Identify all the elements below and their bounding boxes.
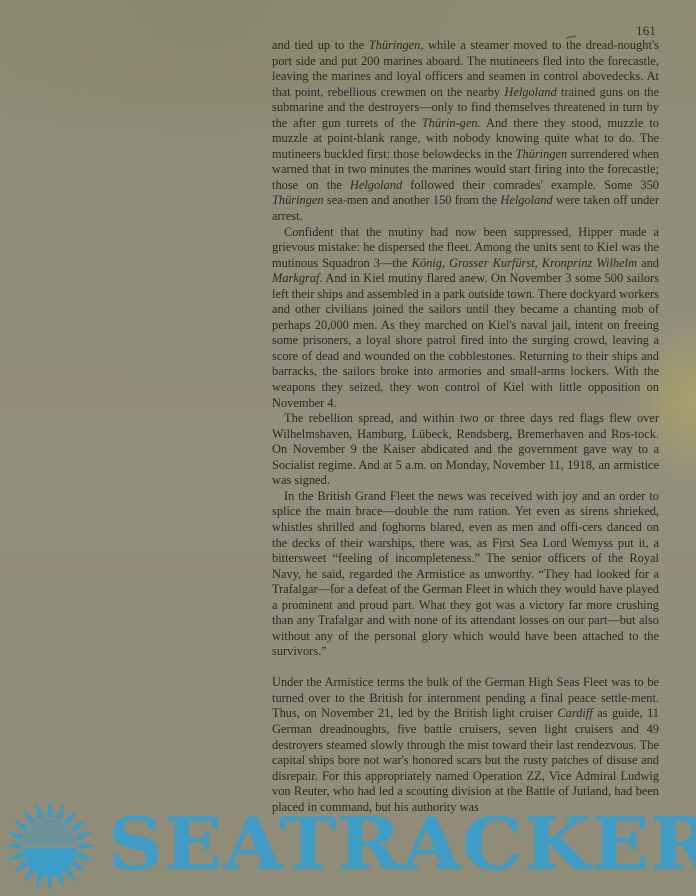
body-text-column: and tied up to the Thüringen, while a st… (272, 38, 659, 815)
sun-icon (2, 798, 98, 894)
paragraph: Confident that the mutiny had now been s… (272, 225, 659, 412)
page-number: 161 (636, 23, 656, 39)
paragraph: The rebellion spread, and within two or … (272, 411, 659, 489)
paragraph: and tied up to the Thüringen, while a st… (272, 38, 659, 225)
watermark-text: SEATRACKER.RU (108, 808, 696, 880)
paragraph: Under the Armistice terms the bulk of th… (272, 675, 659, 815)
paragraph: In the British Grand Fleet the news was … (272, 489, 659, 660)
